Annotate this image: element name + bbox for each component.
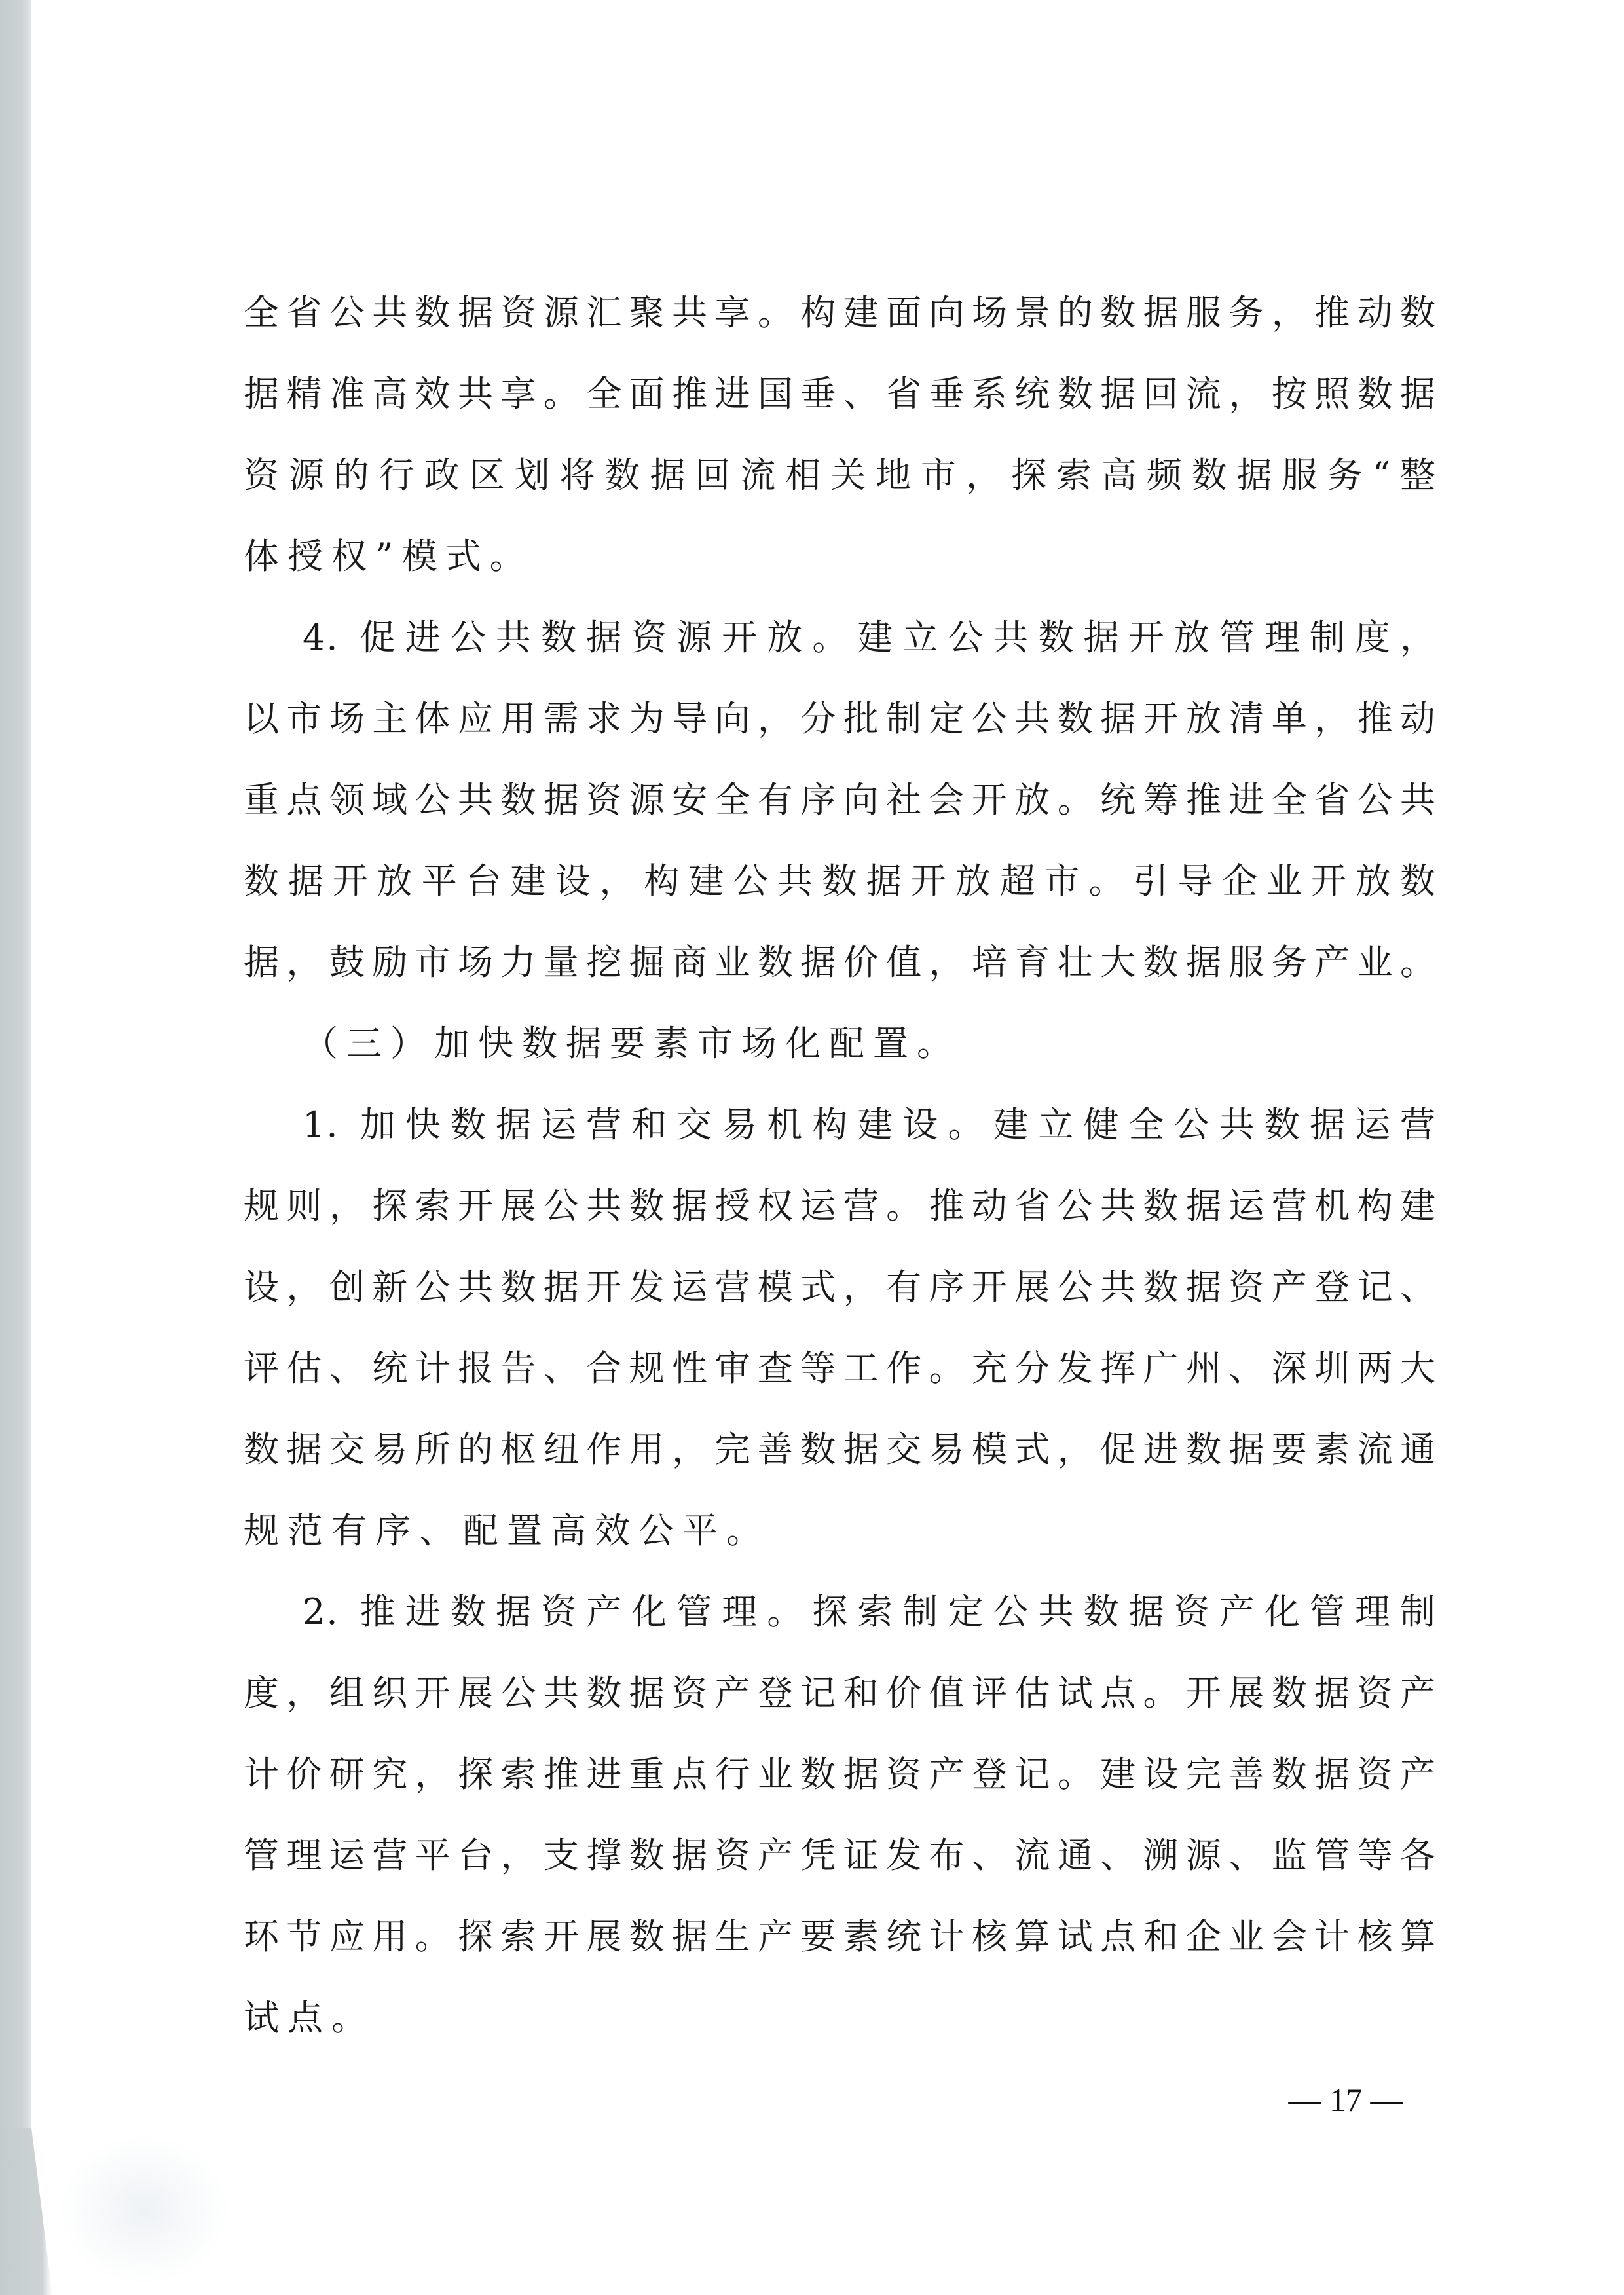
body-line: 体授权”模式。 [244,516,1437,597]
body-line: 数据交易所的枢纽作用，完善数据交易模式，促进数据要素流通 [244,1409,1437,1490]
body-line: 规则，探索开展公共数据授权运营。推动省公共数据运营机构建 [244,1166,1437,1247]
paragraph-2-first-line: 2. 推进数据资产化管理。探索制定公共数据资产化管理制 [244,1571,1437,1653]
body-line: 管理运营平台，支撑数据资产凭证发布、流通、溯源、监管等各 [244,1815,1437,1896]
body-line: 据，鼓励市场力量挖掘商业数据价值，培育壮大数据服务产业。 [244,922,1437,1003]
body-line: 度，组织开展公共数据资产登记和价值评估试点。开展数据资产 [244,1653,1437,1734]
body-line: 规范有序、配置高效公平。 [244,1490,1437,1571]
body-line: 重点领域公共数据资源安全有序向社会开放。统筹推进全省公共 [244,760,1437,841]
scan-edge-shadow [0,0,31,2295]
body-line: 以市场主体应用需求为导向，分批制定公共数据开放清单，推动 [244,678,1437,760]
section-heading: （三）加快数据要素市场化配置。 [244,1003,1437,1084]
body-line: 试点。 [244,1977,1437,2059]
body-line: 据精准高效共享。全面推进国垂、省垂系统数据回流，按照数据 [244,354,1437,435]
paragraph-1-first-line: 1. 加快数据运营和交易机构建设。建立健全公共数据运营 [244,1084,1437,1166]
body-line: 资源的行政区划将数据回流相关地市，探索高频数据服务“整 [244,435,1437,516]
body-line: 环节应用。探索开展数据生产要素统计核算试点和企业会计核算 [244,1896,1437,1977]
paragraph-4-first-line: 4. 促进公共数据资源开放。建立公共数据开放管理制度， [244,597,1437,678]
document-body: 全省公共数据资源汇聚共享。构建面向场景的数据服务，推动数 据精准高效共享。全面推… [244,272,1437,2059]
body-line: 全省公共数据资源汇聚共享。构建面向场景的数据服务，推动数 [244,272,1437,354]
page-number: — 17 — [1264,2077,1428,2123]
body-line: 数据开放平台建设，构建公共数据开放超市。引导企业开放数 [244,841,1437,922]
scan-edge-shadow-bottom [0,2128,52,2295]
scan-smudge [59,2135,229,2285]
body-line: 评估、统计报告、合规性审查等工作。充分发挥广州、深圳两大 [244,1328,1437,1409]
body-line: 设，创新公共数据开发运营模式，有序开展公共数据资产登记、 [244,1247,1437,1328]
body-line: 计价研究，探索推进重点行业数据资产登记。建设完善数据资产 [244,1734,1437,1815]
